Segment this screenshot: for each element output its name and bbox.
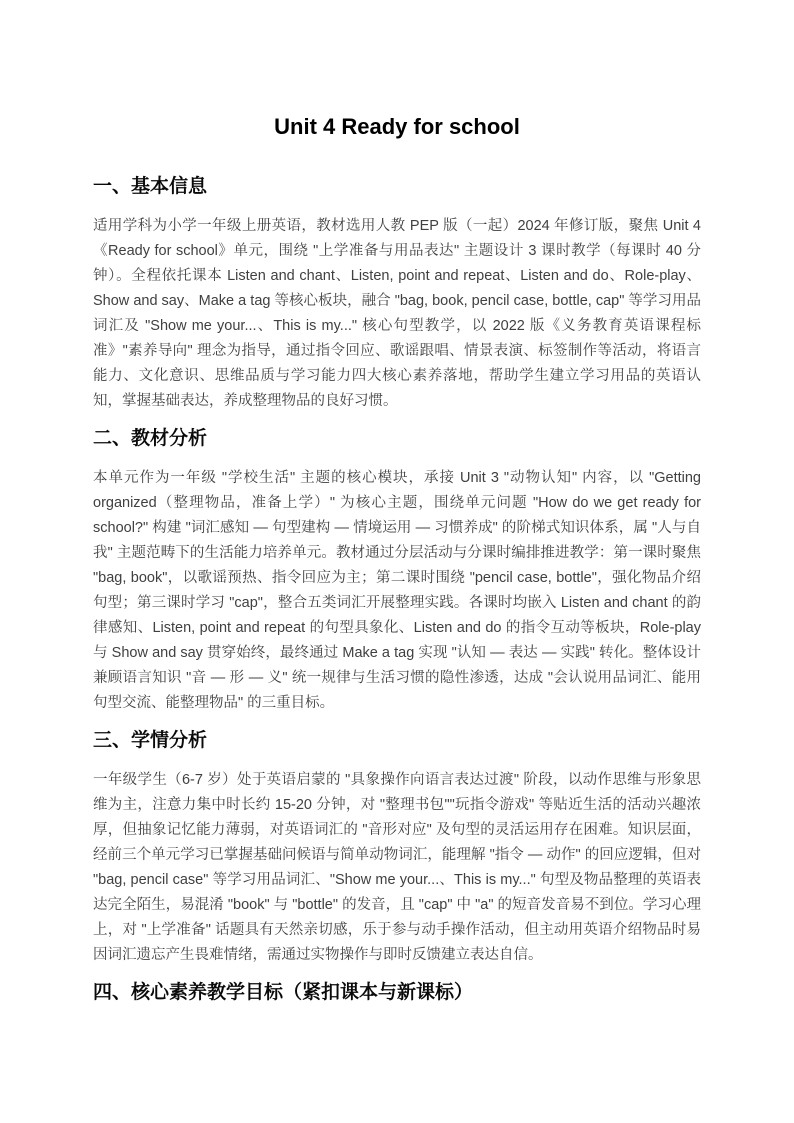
section-body-basic-info: 适用学科为小学一年级上册英语，教材选用人教 PEP 版（一起）2024 年修订版… xyxy=(93,214,701,414)
section-learner-analysis: 三、学情分析 一年级学生（6-7 岁）处于英语启蒙的 "具象操作向语言表达过渡"… xyxy=(93,728,701,968)
document-page: { "document": { "title": "Unit 4 Ready f… xyxy=(0,0,794,1123)
section-teaching-goals: 四、核心素养教学目标（紧扣课本与新课标） xyxy=(93,980,701,1006)
section-heading-basic-info: 一、基本信息 xyxy=(93,174,701,200)
document-title: Unit 4 Ready for school xyxy=(93,112,701,142)
section-basic-info: 一、基本信息 适用学科为小学一年级上册英语，教材选用人教 PEP 版（一起）20… xyxy=(93,174,701,414)
section-textbook-analysis: 二、教材分析 本单元作为一年级 "学校生活" 主题的核心模块，承接 Unit 3… xyxy=(93,426,701,716)
section-body-learner-analysis: 一年级学生（6-7 岁）处于英语启蒙的 "具象操作向语言表达过渡" 阶段，以动作… xyxy=(93,768,701,968)
section-body-textbook-analysis: 本单元作为一年级 "学校生活" 主题的核心模块，承接 Unit 3 "动物认知"… xyxy=(93,466,701,716)
section-heading-learner-analysis: 三、学情分析 xyxy=(93,728,701,754)
section-heading-textbook-analysis: 二、教材分析 xyxy=(93,426,701,452)
section-heading-teaching-goals: 四、核心素养教学目标（紧扣课本与新课标） xyxy=(93,980,701,1006)
